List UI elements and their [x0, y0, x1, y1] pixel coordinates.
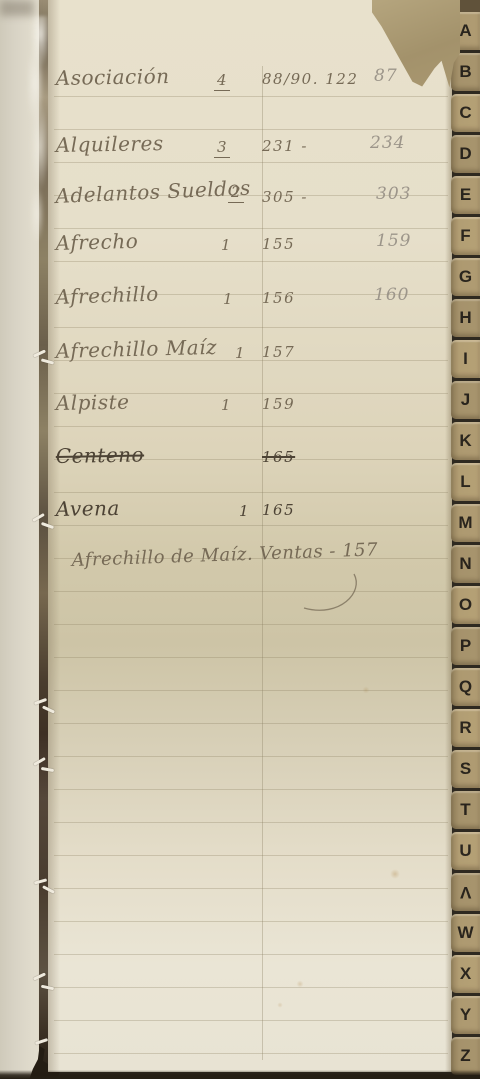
entry-term: Avena [56, 496, 120, 521]
entry-pages: 156 [262, 289, 295, 307]
alpha-tab-c: C [451, 94, 480, 132]
entry-term: Alquileres [56, 131, 164, 157]
alpha-tab-r: R [451, 709, 480, 747]
index-entry: Alpiste1159 [0, 391, 480, 425]
book-bottom-edge [0, 1070, 480, 1079]
tab-letter: O [459, 595, 472, 615]
alpha-tab-x: X [451, 955, 480, 993]
tab-letter: N [459, 554, 471, 574]
tab-letter: E [460, 185, 471, 205]
entry-pages: 159 [262, 395, 295, 413]
tab-letter: J [461, 390, 470, 410]
index-entry: Afrecho1155159 [0, 231, 480, 265]
tab-letter: M [458, 513, 472, 533]
tab-letter: U [459, 841, 471, 861]
pen-flourish [288, 572, 366, 624]
tab-letter: D [459, 144, 471, 164]
alpha-tab-u: U [451, 832, 480, 870]
entry-count: 3 [214, 138, 230, 158]
entry-term: Asociación [56, 64, 170, 90]
entry-term: Centeno [56, 442, 145, 468]
entry-term: Afrechillo Maíz [55, 335, 217, 363]
alpha-tab-i: I [451, 340, 480, 378]
alpha-tab-t: T [451, 791, 480, 829]
tab-letter: V [460, 882, 471, 902]
entry-folio-pencil: 303 [376, 184, 411, 204]
tab-letter: Z [460, 1046, 470, 1066]
alpha-tab-y: Y [451, 996, 480, 1034]
alpha-tab-l: L [451, 463, 480, 501]
index-entry: Adelantos Sueldos2305 -303 [0, 184, 480, 218]
tab-letter: T [460, 800, 470, 820]
tab-letter: P [460, 636, 471, 656]
tab-letter: W [457, 923, 473, 943]
tab-letter: I [463, 349, 468, 369]
alpha-tab-p: P [451, 627, 480, 665]
entry-pages: 305 - [262, 188, 308, 206]
entry-count: 1 [239, 502, 249, 520]
tab-letter: Y [460, 1005, 471, 1025]
entry-pages: 157 [262, 343, 295, 361]
index-entry: Afrechillo1156160 [0, 285, 480, 319]
entry-term: Afrechillo [55, 281, 159, 309]
entry-count: 2 [228, 183, 244, 203]
tab-letter: A [459, 21, 471, 41]
corner-shadow [0, 0, 34, 16]
entry-count: 1 [221, 396, 231, 414]
entry-count: 4 [214, 71, 230, 91]
index-entry: Avena1165 [0, 497, 480, 531]
alpha-tab-k: K [451, 422, 480, 460]
alpha-tab-w: W [451, 914, 480, 952]
alpha-tab-o: O [451, 586, 480, 624]
tab-letter: L [460, 472, 470, 492]
tab-letter: B [459, 62, 471, 82]
entry-folio-pencil: 160 [374, 285, 409, 305]
alpha-tab-v: V [451, 873, 480, 911]
alpha-tab-f: F [451, 217, 480, 255]
alpha-tab-s: S [451, 750, 480, 788]
entry-pages: 165 [262, 448, 295, 466]
entry-count: 1 [235, 344, 245, 362]
alpha-tab-g: G [451, 258, 480, 296]
tab-letter: F [460, 226, 470, 246]
entry-pages: 231 - [262, 137, 308, 155]
tab-letter: K [459, 431, 471, 451]
alphabet-tab-index: ABCDEFGHIJKLMNOPQRSTUVWXYZ [451, 12, 480, 1075]
entry-pages: 165 [262, 501, 295, 519]
alpha-tab-d: D [451, 135, 480, 173]
tab-letter: S [460, 759, 471, 779]
entry-term: Alpiste [56, 390, 130, 415]
alpha-tab-e: E [451, 176, 480, 214]
entry-term: Afrecho [55, 229, 138, 255]
entry-count: 1 [221, 236, 231, 254]
alpha-tab-n: N [451, 545, 480, 583]
tab-letter: Q [459, 677, 472, 697]
tab-letter: R [459, 718, 471, 738]
entry-folio-pencil: 234 [370, 133, 405, 153]
tab-letter: X [460, 964, 471, 984]
tab-letter: G [459, 267, 472, 287]
index-entry: Alquileres3231 -234 [0, 133, 480, 167]
tab-letter: C [459, 103, 471, 123]
scanned-ledger-page: Asociación488/90. 12287Alquileres3231 -2… [0, 0, 480, 1079]
index-entry: Centeno165 [0, 444, 480, 478]
entry-pages: 88/90. 122 [262, 70, 358, 88]
entry-folio-pencil: 87 [374, 66, 398, 86]
alpha-tab-q: Q [451, 668, 480, 706]
index-entry: Afrechillo Maíz1157 [0, 339, 480, 373]
alpha-tab-j: J [451, 381, 480, 419]
alpha-tab-h: H [451, 299, 480, 337]
tab-letter: H [459, 308, 471, 328]
entry-count: 1 [223, 290, 233, 308]
entry-folio-pencil: 159 [376, 231, 411, 251]
alpha-tab-m: M [451, 504, 480, 542]
entry-pages: 155 [262, 235, 295, 253]
